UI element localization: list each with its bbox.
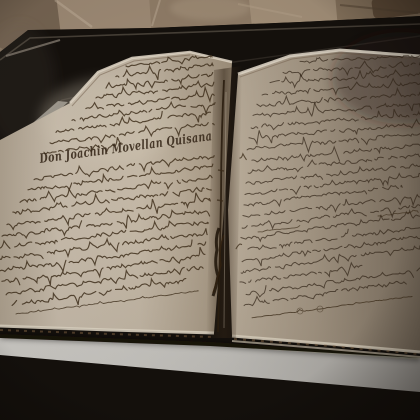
vignette-overlay — [0, 0, 420, 420]
photo-manuscript-display: Don Joachin Movellan Quisana — [0, 0, 420, 420]
vignette — [0, 0, 420, 420]
photo-canvas: Don Joachin Movellan Quisana — [0, 0, 420, 420]
